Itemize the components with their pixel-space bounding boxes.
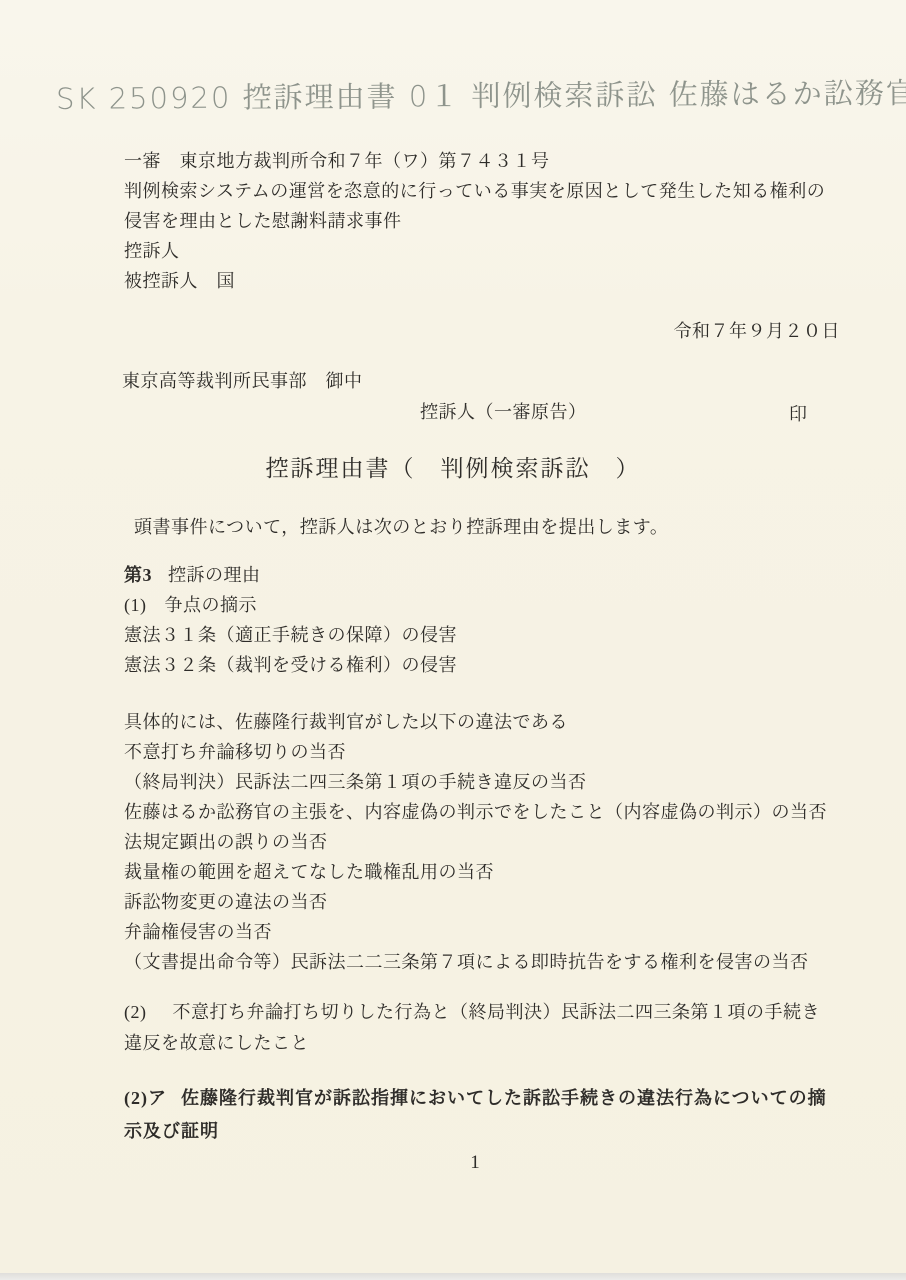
illegality-line: （文書提出命令等）民訴法二二三条第７項による即時抗告をする権利を侵害の当否: [124, 947, 854, 977]
illegality-line: 裁量権の範囲を超えてなした職権乱用の当否: [124, 857, 854, 887]
illegality-line: 佐藤はるか訟務官の主張を、内容虚偽の判示でをしたこと（内容虚偽の判示）の当否: [124, 797, 854, 827]
seal-mark: 印: [789, 399, 808, 429]
document-title: 控訴理由書（ 判例検索訴訟 ）: [0, 450, 906, 483]
handwritten-note: SK 250920 控訴理由書 0１ 判例検索訴訟 佐藤はるか訟務官: [56, 71, 876, 118]
sub1-number: (1): [124, 595, 147, 615]
scanned-legal-document: SK 250920 控訴理由書 0１ 判例検索訴訟 佐藤はるか訟務官 一審 東京…: [0, 0, 906, 1280]
sub2a-heading: (2)ア佐藤隆行裁判官が訴訟指揮においてした訴訟手続きの違法行為についての摘 示…: [124, 1082, 834, 1148]
sub2-paragraph: (2)不意打ち弁論打ち切りした行為と（終局判決）民訴法二四三条第１項の手続き 違…: [124, 997, 824, 1059]
sub1-title: 争点の摘示: [165, 595, 258, 615]
issue-line: 憲法３１条（適正手続きの保障）の侵害: [124, 620, 844, 650]
sub2a-text-1: 佐藤隆行裁判官が訴訟指揮においてした訴訟手続きの違法行為についての摘: [181, 1088, 827, 1108]
submitter-label: 控訴人（一審原告）: [420, 397, 587, 427]
court-line: 一審 東京地方裁判所令和７年（ワ）第７４３１号: [124, 146, 824, 176]
page-number: 1: [0, 1152, 906, 1174]
issue-line: 憲法３２条（裁判を受ける権利）の侵害: [124, 650, 844, 680]
sub2a-line-2: 示及び証明: [124, 1115, 834, 1148]
illegality-line: 訴訟物変更の違法の当否: [124, 887, 854, 917]
intro-sentence: 頭書事件について，控訴人は次のとおり控訴理由を提出します。: [134, 512, 668, 542]
sub2a-number: (2)ア: [124, 1088, 167, 1108]
sub2-number: (2): [124, 1002, 147, 1022]
illegality-list: 具体的には、佐藤隆行裁判官がした以下の違法である 不意打ち弁論移切りの当否 （終…: [124, 707, 854, 977]
illegality-line: 不意打ち弁論移切りの当否: [124, 737, 854, 767]
illegality-line: 弁論権侵害の当否: [124, 917, 854, 947]
appellee-line: 被控訴人 国: [124, 266, 824, 296]
sub2a-line-1: (2)ア佐藤隆行裁判官が訴訟指揮においてした訴訟手続きの違法行為についての摘: [124, 1082, 834, 1115]
sub1-heading: (1)争点の摘示: [124, 590, 844, 620]
section3-number: 第3: [124, 565, 152, 585]
section3-heading: 第3控訴の理由: [124, 560, 844, 590]
sub2-line-2: 違反を故意にしたこと: [124, 1028, 824, 1059]
sub2-line-1: (2)不意打ち弁論打ち切りした行為と（終局判決）民訴法二四三条第１項の手続き: [124, 997, 824, 1028]
case-name-line-1: 判例検索システムの運営を恣意的に行っている事実を原因として発生した知る権利の: [124, 176, 824, 206]
addressee-line: 東京高等裁判所民事部 御中: [122, 366, 363, 396]
scanner-edge-shadow: [0, 1273, 906, 1280]
illegality-line: 法規定顕出の誤りの当否: [124, 827, 854, 857]
sub2-text-1: 不意打ち弁論打ち切りした行為と（終局判決）民訴法二四三条第１項の手続き: [173, 1002, 821, 1022]
section3-block: 第3控訴の理由 (1)争点の摘示 憲法３１条（適正手続きの保障）の侵害 憲法３２…: [124, 560, 844, 680]
appellant-line: 控訴人: [124, 236, 824, 266]
illegality-intro: 具体的には、佐藤隆行裁判官がした以下の違法である: [124, 707, 854, 737]
date-line: 令和７年９月２０日: [674, 316, 841, 346]
case-name-line-2: 侵害を理由とした慰謝料請求事件: [124, 206, 824, 236]
illegality-line: （終局判決）民訴法二四三条第１項の手続き違反の当否: [124, 767, 854, 797]
section3-title: 控訴の理由: [168, 565, 261, 585]
case-caption: 一審 東京地方裁判所令和７年（ワ）第７４３１号 判例検索システムの運営を恣意的に…: [124, 146, 824, 296]
